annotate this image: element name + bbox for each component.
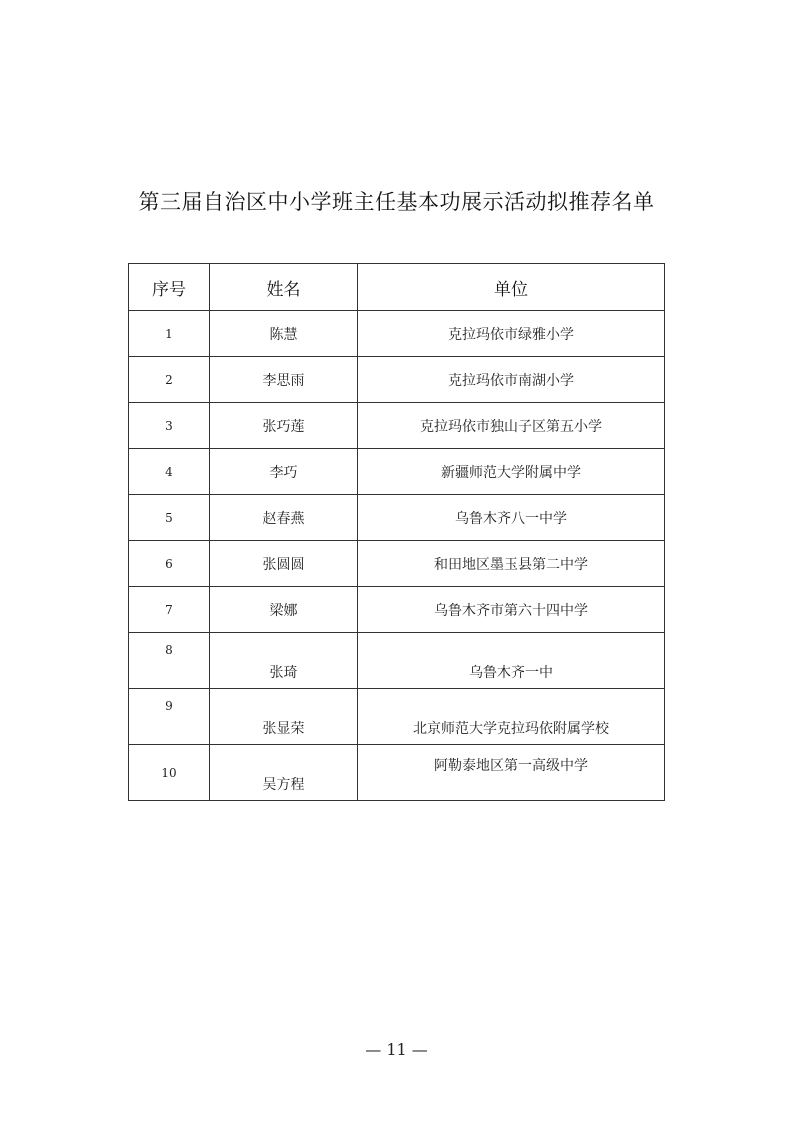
cell-unit: 乌鲁木齐市第六十四中学 [358, 587, 665, 633]
header-number: 序号 [129, 264, 210, 311]
header-unit: 单位 [358, 264, 665, 311]
cell-number: 7 [129, 587, 210, 633]
table-row: 4 李巧 新疆师范大学附属中学 [129, 449, 665, 495]
cell-name: 李思雨 [210, 357, 358, 403]
cell-unit: 和田地区墨玉县第二中学 [358, 541, 665, 587]
cell-number: 4 [129, 449, 210, 495]
cell-unit: 乌鲁木齐一中 [358, 633, 665, 689]
cell-name: 张巧莲 [210, 403, 358, 449]
table-row: 5 赵春燕 乌鲁木齐八一中学 [129, 495, 665, 541]
cell-name: 张显荣 [210, 689, 358, 745]
cell-number: 2 [129, 357, 210, 403]
cell-name: 张琦 [210, 633, 358, 689]
cell-unit: 克拉玛依市南湖小学 [358, 357, 665, 403]
table-row: 1 陈慧 克拉玛依市绿雅小学 [129, 311, 665, 357]
table-row: 9 张显荣 北京师范大学克拉玛依附属学校 [129, 689, 665, 745]
cell-unit: 乌鲁木齐八一中学 [358, 495, 665, 541]
cell-unit: 北京师范大学克拉玛依附属学校 [358, 689, 665, 745]
cell-name: 吴方程 [210, 745, 358, 801]
table-header-row: 序号 姓名 单位 [129, 264, 665, 311]
cell-number: 10 [129, 745, 210, 801]
cell-number: 1 [129, 311, 210, 357]
cell-number: 3 [129, 403, 210, 449]
cell-number: 6 [129, 541, 210, 587]
document-title: 第三届自治区中小学班主任基本功展示活动拟推荐名单 [0, 186, 793, 216]
cell-unit: 阿勒泰地区第一高级中学 [358, 745, 665, 801]
cell-name: 张圆圆 [210, 541, 358, 587]
cell-name: 赵春燕 [210, 495, 358, 541]
recommendation-table: 序号 姓名 单位 1 陈慧 克拉玛依市绿雅小学 2 李思雨 克拉玛依市南湖小学 … [128, 263, 665, 801]
table-row: 6 张圆圆 和田地区墨玉县第二中学 [129, 541, 665, 587]
table-row: 2 李思雨 克拉玛依市南湖小学 [129, 357, 665, 403]
page-number: — 11 — [0, 1040, 793, 1059]
header-name: 姓名 [210, 264, 358, 311]
cell-name: 梁娜 [210, 587, 358, 633]
cell-name: 李巧 [210, 449, 358, 495]
table-row: 10 吴方程 阿勒泰地区第一高级中学 [129, 745, 665, 801]
cell-unit: 克拉玛依市独山子区第五小学 [358, 403, 665, 449]
table-row: 7 梁娜 乌鲁木齐市第六十四中学 [129, 587, 665, 633]
table-row: 3 张巧莲 克拉玛依市独山子区第五小学 [129, 403, 665, 449]
cell-number: 8 [129, 633, 210, 689]
cell-number: 5 [129, 495, 210, 541]
table-row: 8 张琦 乌鲁木齐一中 [129, 633, 665, 689]
cell-unit: 新疆师范大学附属中学 [358, 449, 665, 495]
cell-name: 陈慧 [210, 311, 358, 357]
cell-unit: 克拉玛依市绿雅小学 [358, 311, 665, 357]
cell-number: 9 [129, 689, 210, 745]
